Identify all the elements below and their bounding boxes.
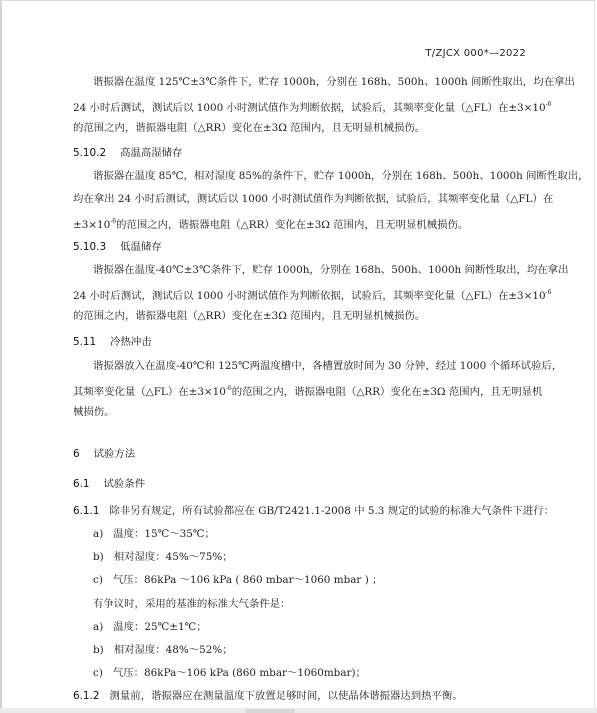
line-text: 其频率变化量（△FL）在±3×10 bbox=[73, 386, 226, 398]
list-marker: c) bbox=[93, 574, 103, 586]
section-title: 高温高湿储存 bbox=[120, 147, 182, 159]
paragraph-line: 24 小时后测试，测试后以 1000 小时测试值作为判断依据，试验后，其频率变化… bbox=[73, 286, 551, 303]
paragraph-line: 谐振器在温度-40℃±3℃条件下，贮存 1000h，分别在 168h、500h、… bbox=[93, 263, 568, 277]
list-text: 相对湿度：48%～52%； bbox=[114, 644, 233, 656]
paragraph-line: 械损伤。 bbox=[73, 405, 115, 419]
list-item: a)温度：15℃～35℃； bbox=[93, 527, 215, 541]
paragraph-line: 的范围之内，谐振器电阻（△RR）变化在±3Ω 范围内，且无明显机械损伤。 bbox=[73, 121, 425, 135]
line-text: 的范围之内，谐振器电阻（△RR）变化在±3Ω 范围内，且无明显机 bbox=[232, 386, 543, 398]
paragraph-line: 24 小时后测试，测试后以 1000 小时测试值作为判断依据，试验后，其频率变化… bbox=[73, 98, 551, 115]
section-title: 试验方法 bbox=[94, 448, 136, 460]
section-heading-5-10-2: 5.10.2高温高湿储存 bbox=[73, 146, 182, 160]
section-heading-6-1: 6.1试验条件 bbox=[73, 477, 145, 491]
section-heading-5-10-3: 5.10.3低温储存 bbox=[73, 240, 162, 254]
paragraph-line: 谐振器放入在温度-40℃和 125℃两温度槽中，各槽置放时间为 30 分钟，经过… bbox=[93, 359, 562, 373]
section-title: 低温储存 bbox=[120, 241, 162, 253]
list-item: c)气压：86kPa～106 kPa (860 mbar～1060mbar)； bbox=[93, 666, 366, 680]
section-number: 5.10.2 bbox=[73, 146, 106, 160]
paragraph-line: ±3×10-6的范围之内，谐振器电阻（△RR）变化在±3Ω 范围内，且无明显机械… bbox=[73, 215, 468, 232]
list-text: 气压：86kPa～106 kPa (860 mbar～1060mbar)； bbox=[113, 667, 366, 679]
section-number: 6.1 bbox=[73, 477, 90, 491]
list-text: 相对湿度：45%～75%； bbox=[114, 551, 233, 563]
paragraph-line: 谐振器在温度 125℃±3℃条件下，贮存 1000h，分别在 168h、500h… bbox=[93, 75, 575, 89]
section-number: 6 bbox=[73, 447, 80, 461]
list-marker: c) bbox=[93, 667, 103, 679]
paragraph-line: 其频率变化量（△FL）在±3×10-6的范围之内，谐振器电阻（△RR）变化在±3… bbox=[73, 382, 542, 399]
superscript: -6 bbox=[546, 289, 552, 296]
list-item: b)相对湿度：45%～75%； bbox=[93, 550, 233, 564]
line-text: 24 小时后测试，测试后以 1000 小时测试值作为判断依据，试验后，其频率变化… bbox=[73, 290, 546, 302]
list-item: a)温度：25℃±1℃； bbox=[93, 620, 207, 634]
paragraph-line: 谐振器在温度 85℃，相对湿度 85%的条件下，贮存 1000h，分别在 168… bbox=[93, 169, 589, 183]
list-text: 温度：15℃～35℃； bbox=[113, 528, 215, 540]
horizontal-scrollbar-thumb[interactable] bbox=[245, 709, 295, 713]
list-marker: a) bbox=[93, 528, 103, 540]
list-item: b)相对湿度：48%～52%； bbox=[93, 643, 233, 657]
list-marker: a) bbox=[93, 621, 103, 633]
section-title: 冷热冲击 bbox=[110, 336, 152, 348]
page-gap bbox=[0, 708, 597, 713]
line-text: ±3×10 bbox=[73, 219, 110, 231]
section-heading-6: 6试验方法 bbox=[73, 447, 135, 461]
list-text: 温度：25℃±1℃； bbox=[113, 621, 206, 633]
section-number: 5.11 bbox=[73, 335, 96, 349]
clause-6-1-1: 6.1.1除非另有规定，所有试验都应在 GB/T2421.1-2008 中 5.… bbox=[73, 504, 554, 518]
section-heading-5-11: 5.11冷热冲击 bbox=[73, 335, 152, 349]
clause-6-1-2: 6.1.2测量前，谐振器应在测量温度下放置足够时间，以使晶体谐振器达到热平衡。 bbox=[73, 689, 463, 703]
standard-code-header: T/ZJCX 000*—2022 bbox=[425, 48, 526, 59]
superscript: -6 bbox=[546, 101, 552, 108]
section-title: 试验条件 bbox=[104, 478, 146, 490]
clause-number: 6.1.2 bbox=[73, 690, 99, 702]
list-item: c)气压：86kPa ～106 kPa ( 860 mbar～1060 mbar… bbox=[93, 573, 382, 587]
clause-number: 6.1.1 bbox=[73, 505, 99, 517]
list-text: 气压：86kPa ～106 kPa ( 860 mbar～1060 mbar )… bbox=[113, 574, 383, 586]
list-marker: b) bbox=[93, 551, 104, 563]
document-page: T/ZJCX 000*—2022 谐振器在温度 125℃±3℃条件下，贮存 10… bbox=[0, 0, 595, 708]
paragraph-line: 均在拿出 24 小时后测试，测试后以 1000 小时测试值作为判断依据，试验后，… bbox=[73, 192, 553, 206]
clause-text: 测量前，谐振器应在测量温度下放置足够时间，以使晶体谐振器达到热平衡。 bbox=[109, 690, 462, 702]
section-number: 5.10.3 bbox=[73, 240, 106, 254]
line-text: 24 小时后测试，测试后以 1000 小时测试值作为判断依据，试验后，其频率变化… bbox=[73, 102, 546, 114]
paragraph-line: 的范围之内，谐振器电阻（△RR）变化在±3Ω 范围内，且无明显机械损伤。 bbox=[73, 309, 425, 323]
clause-text: 除非另有规定，所有试验都应在 GB/T2421.1-2008 中 5.3 规定的… bbox=[109, 505, 554, 517]
line-text: 的范围之内，谐振器电阻（△RR）变化在±3Ω 范围内，且无明显机械损伤。 bbox=[116, 219, 468, 231]
paragraph-line: 有争议时，采用的基准的标准大气条件是： bbox=[93, 597, 290, 611]
list-marker: b) bbox=[93, 644, 104, 656]
